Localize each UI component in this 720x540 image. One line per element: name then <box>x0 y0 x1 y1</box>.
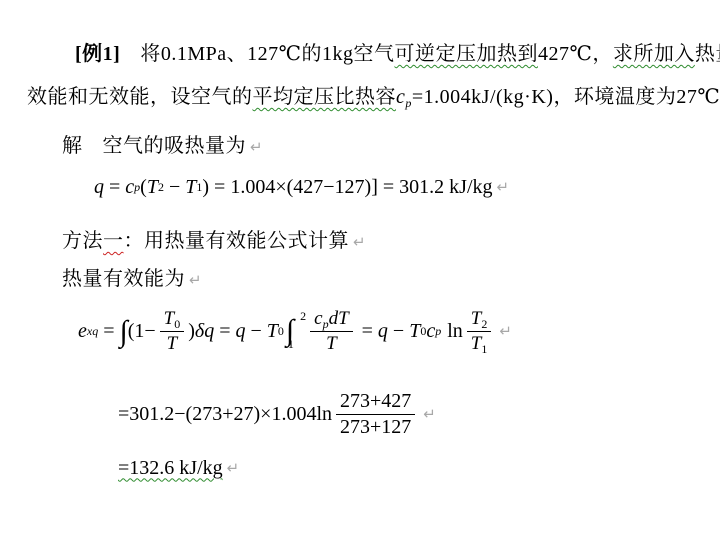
formula-exergy: exq = ∫ (1− T0 T ) δq = q − T0 ∫ 2 1 cpd… <box>78 297 512 365</box>
paragraph-mark-icon: ↵ <box>423 405 436 423</box>
math-numeric-expression: =301.2−(273+27)×1.004ln <box>118 403 332 426</box>
equals-sign: = <box>383 176 394 199</box>
math-var-T: T <box>185 176 196 199</box>
fraction-temperature-ratio: 273+427 273+127 <box>336 390 415 439</box>
math-var-T: T <box>409 320 420 343</box>
math-numeric-expression: 1.004×(427−127)] <box>230 176 378 199</box>
math-var-e: e <box>78 320 87 343</box>
paragraph-mark-icon: ↵ <box>499 322 512 340</box>
method-text: 方法 <box>62 230 103 252</box>
document-page: [例1]将0.1MPa、127℃的1kg空气可逆定压加热到427℃，求所加入热量… <box>0 0 720 540</box>
paragraph-mark-icon: ↵ <box>189 271 202 289</box>
equals-sign: = <box>362 320 373 343</box>
minus-sign: − <box>251 320 262 343</box>
method-heading: 方法一：用热量有效能公式计算↵ <box>62 224 366 253</box>
formula-heat-q: q = cp (T2 − T1) = 1.004×(427−127)] = 30… <box>94 170 509 204</box>
grammar-marked-text: 可逆定压加热到 <box>394 43 538 65</box>
integral-lower-limit: 1 <box>288 337 294 352</box>
integral-sign: ∫ <box>120 318 128 345</box>
formula-substitution: =301.2−(273+27)×1.004ln 273+427 273+127 … <box>118 388 436 440</box>
math-result: 301.2 kJ/kg <box>399 176 492 199</box>
integral-with-limits: ∫ 2 1 <box>284 317 306 346</box>
math-var-q: q <box>94 176 104 199</box>
grammar-marked-text: 求所加入 <box>613 43 695 65</box>
paren: ) <box>188 320 195 343</box>
paren: ( <box>140 176 147 199</box>
equals-sign: = <box>103 320 114 343</box>
problem-text: 将0.1MPa、127℃的1kg空气 <box>140 43 394 65</box>
problem-text: 427℃， <box>538 43 613 65</box>
equals-sign: = <box>219 320 230 343</box>
formula-result: =132.6 kJ/kg ↵ <box>118 453 239 483</box>
math-var-T: T <box>147 176 158 199</box>
math-var-c: c <box>125 176 134 199</box>
exergy-leadin: 热量有效能为↵ <box>62 262 202 291</box>
math-var-q: q <box>378 320 388 343</box>
leadin-text: 热量有效能为 <box>62 268 185 290</box>
paragraph-mark-icon: ↵ <box>250 138 263 156</box>
minus-sign: − <box>393 320 404 343</box>
integral-upper-limit: 2 <box>300 309 306 324</box>
fraction-T2-over-T1: T2 T1 <box>467 308 492 355</box>
problem-line-1: [例1]将0.1MPa、127℃的1kg空气可逆定压加热到427℃，求所加入热量… <box>75 37 720 66</box>
ln-operator: ln <box>447 320 463 343</box>
method-text: ：用热量有效能公式计算 <box>124 230 350 252</box>
problem-text: 效能和无效能，设空气的 <box>27 86 253 108</box>
math-delta-q: δq <box>195 320 214 343</box>
example-label: [例1] <box>75 43 120 65</box>
paragraph-mark-icon: ↵ <box>227 459 240 477</box>
math-value-cp: =1.004kJ/(kg·K) <box>412 86 554 108</box>
problem-text: 热量中的有 <box>695 43 720 65</box>
solution-label: 解 <box>62 135 83 157</box>
solution-text: 空气的吸热量为 <box>103 135 247 157</box>
fraction-cpdT-over-T: cpdT T <box>310 308 353 355</box>
solution-heading: 解空气的吸热量为↵ <box>62 129 263 158</box>
paragraph-mark-icon: ↵ <box>497 178 510 196</box>
math-final-result: =132.6 kJ/kg <box>118 457 223 480</box>
equals-sign: = <box>109 176 120 199</box>
math-var-q: q <box>236 320 246 343</box>
equals-sign: = <box>214 176 225 199</box>
problem-line-2: 效能和无效能，设空气的平均定压比热容cp=1.004kJ/(kg·K)，环境温度… <box>27 80 720 109</box>
problem-text: ，环境温度为27℃。 <box>553 86 720 108</box>
spell-marked-text: 一 <box>103 230 124 252</box>
math-var-cp: c <box>396 86 405 108</box>
paragraph-mark-icon: ↵ <box>353 233 366 251</box>
math-var-c: c <box>426 320 435 343</box>
math-var-T: T <box>267 320 278 343</box>
paren: ) <box>202 176 209 199</box>
fraction-T0-over-T: T0 T <box>160 308 185 355</box>
paren-one-minus: (1− <box>128 320 156 343</box>
grammar-marked-text: 平均定压比热容 <box>253 86 397 108</box>
minus-sign: − <box>169 176 180 199</box>
